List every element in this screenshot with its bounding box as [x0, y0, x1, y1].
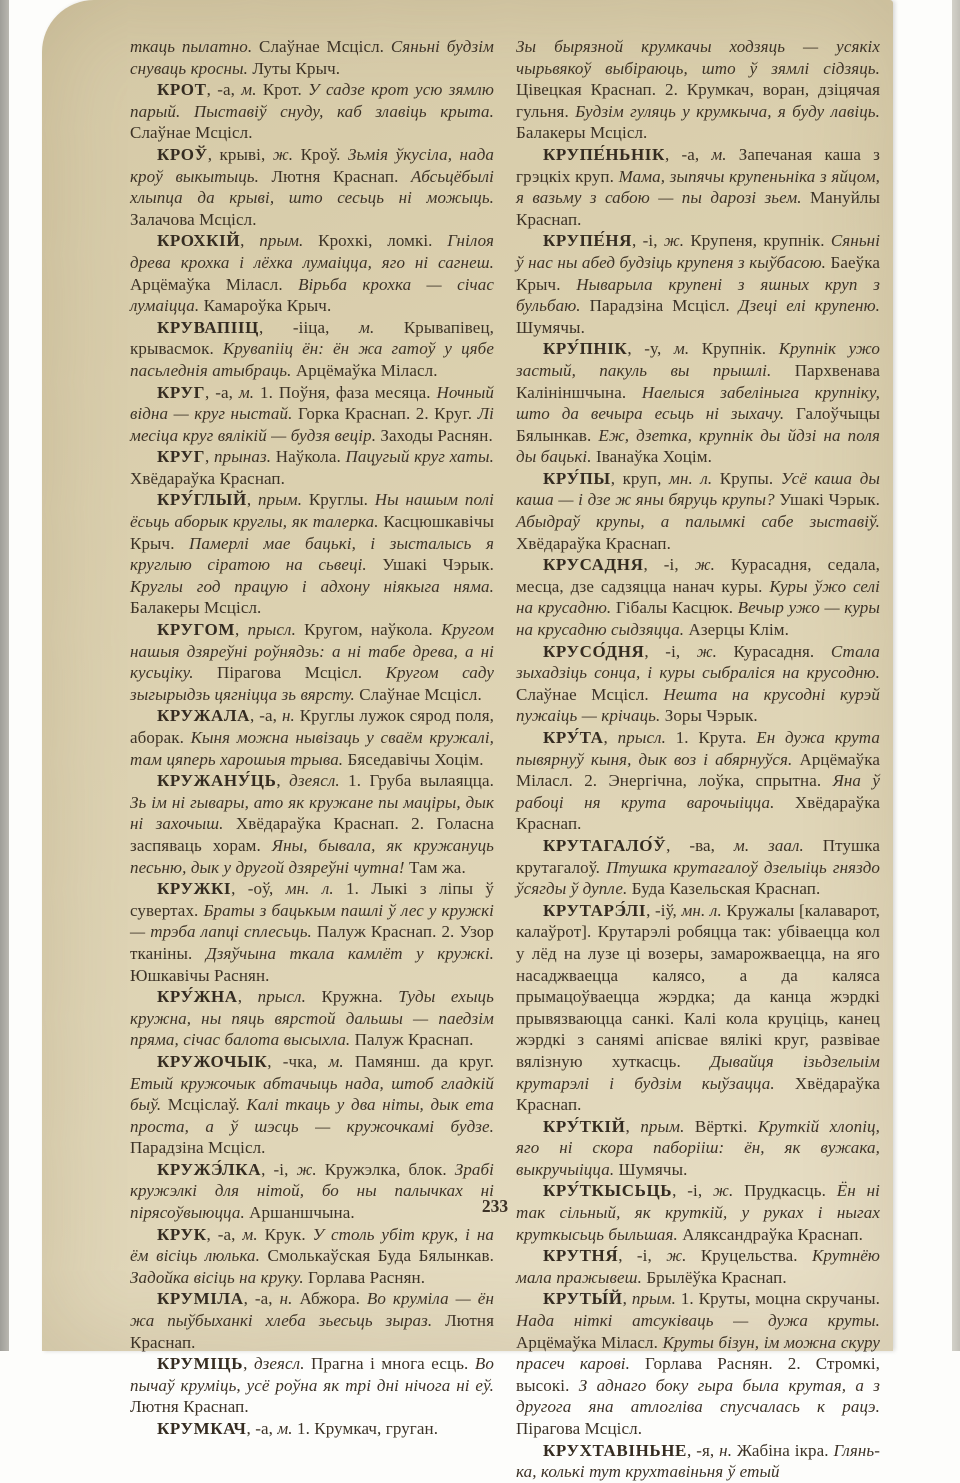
- text-column-left: ткаць пылатно. Слаўнае Мсцісл. Сяньні бу…: [130, 36, 494, 1351]
- entry-text: Вёрткі.: [684, 1117, 757, 1136]
- headword: КРУМІЛА: [157, 1289, 244, 1308]
- headword: КРУГ: [157, 447, 205, 466]
- entry-text: , -і,: [618, 1246, 666, 1265]
- entry-text: , -а,: [250, 706, 282, 725]
- example-text: Дзеці елі крупеню.: [739, 296, 880, 315]
- dictionary-entry: КРУ́ТКІЙ, прым. Вёрткі. Круткій хлопіц, …: [516, 1116, 880, 1181]
- example-text: дзеясл.: [289, 771, 340, 790]
- example-text: ж.: [666, 1246, 686, 1265]
- entry-text: , -і,: [643, 555, 694, 574]
- headword: КРУ́ЖНА: [157, 987, 238, 1006]
- headword: КРУЖАНУ́ЦЬ: [157, 771, 276, 790]
- entry-text: , -і,: [632, 231, 664, 250]
- entry-text: Арцёмаўка Міласл.: [130, 275, 298, 294]
- headword: КРУТНЯ́: [543, 1246, 618, 1265]
- example-text: прым.: [632, 1289, 676, 1308]
- headword: КРУСО́ДНЯ: [543, 642, 644, 661]
- entry-text: Смолькаўская Буда Бялынкав.: [268, 1246, 495, 1265]
- dictionary-entry: КРУТАГАЛО́Ў, -ва, м. заал. Птушка крутаг…: [516, 835, 880, 900]
- entry-text: Аляксандраўка Краснап.: [682, 1225, 863, 1244]
- headword: КРУ́ТКЫСЬЦЬ: [543, 1181, 672, 1200]
- entry-text: Балакеры Мсцісл.: [516, 123, 647, 142]
- example-text: прым.: [258, 490, 302, 509]
- dictionary-entry: КРУПЕ́НЬНІК, -а, м. Запечаная каша з грэ…: [516, 144, 880, 230]
- entry-text: Слаўнае Мсцісл.: [359, 685, 482, 704]
- dictionary-entry: КРУЖАНУ́ЦЬ, дзеясл. 1. Груба вылаяцца. З…: [130, 770, 494, 878]
- headword: КРУ́ПНІК: [543, 339, 627, 358]
- dictionary-entry: КРУЖЭ́ЛКА, -і, ж. Кружэлка, блок. Зрабі …: [130, 1159, 494, 1224]
- example-text: мн. л.: [669, 469, 712, 488]
- example-text: м.: [239, 383, 254, 402]
- example-text: Будзім гуляць у крумкыча, я буду лавіць.: [575, 102, 880, 121]
- entry-text: Там жа.: [409, 858, 466, 877]
- entry-text: Кружалы [калаварот, калаўрот]. Крутарэлі…: [516, 901, 880, 1071]
- example-text: Задойка вісіць на круку.: [130, 1268, 308, 1287]
- entry-text: ,: [235, 620, 248, 639]
- entry-text: , -а,: [244, 1289, 280, 1308]
- entry-text: Арцёмаўка Міласл.: [516, 1333, 663, 1351]
- page-number: 233: [462, 1196, 528, 1217]
- entry-text: Крот.: [257, 80, 309, 99]
- dictionary-entry: КРУТЫ́Й, прым. 1. Круты, моцна скручаны.…: [516, 1288, 880, 1351]
- headword: КРУГ: [157, 383, 205, 402]
- entry-text: ,: [276, 771, 289, 790]
- entry-text: , -у,: [627, 339, 674, 358]
- dictionary-entry: КРУ́ЖНА, прысл. Кружна. Туды ехыць кружн…: [130, 986, 494, 1051]
- entry-text: ,: [604, 728, 618, 747]
- entry-text: , -і,: [672, 1181, 713, 1200]
- dictionary-entry: КРУГ, -а, м. 1. Поўня, фаза месяца. Ночн…: [130, 382, 494, 447]
- entry-text: ,: [238, 987, 258, 1006]
- entry-text: Балакеры Мсцісл.: [130, 598, 261, 617]
- entry-text: Залачова Мсцісл.: [130, 210, 257, 229]
- headword: КРУПЕ́НЯ: [543, 231, 632, 250]
- example-text: ж.: [713, 1181, 733, 1200]
- example-text: м.: [242, 1225, 257, 1244]
- entry-text: Ушакі Чэрык.: [779, 490, 880, 509]
- entry-text: Азерцы Клім.: [688, 620, 789, 639]
- entry-continuation: ткаць пылатно. Слаўнае Мсцісл. Сяньні бу…: [130, 36, 494, 79]
- example-text: мн. л.: [681, 901, 721, 920]
- text-column-right: Зы бырязной крумкачы ходзяць — усякіх чы…: [516, 36, 880, 1351]
- entry-text: , крыві,: [208, 145, 273, 164]
- headword: КРУТАРЭ́ЛІ: [543, 901, 646, 920]
- entry-text: Іванаўка Хоцім.: [596, 447, 712, 466]
- entry-text: ,: [625, 1117, 640, 1136]
- headword: КРУГОМ: [157, 620, 235, 639]
- entry-text: Ушакі Чэрык.: [382, 555, 494, 574]
- example-text: н.: [280, 1289, 293, 1308]
- entry-text: Пірагова Мсцісл.: [217, 663, 386, 682]
- headword: КРУСАДНЯ: [543, 555, 643, 574]
- entry-text: Наўкола.: [271, 447, 345, 466]
- entry-text: Круглы.: [302, 490, 375, 509]
- example-text: прым.: [259, 231, 303, 250]
- entry-text: 1. Крута.: [666, 728, 756, 747]
- headword: КРУ́ТА: [543, 728, 604, 747]
- entry-text: 1. Круты, моцна скручаны.: [676, 1289, 880, 1308]
- headword: КРУЖЭ́ЛКА: [157, 1160, 261, 1179]
- dictionary-entry: КРУГОМ, прысл. Кругом, наўкола. Кругом н…: [130, 619, 494, 705]
- entry-text: Зоры Чэрык.: [665, 706, 758, 725]
- entry-text: , -ііца,: [259, 318, 359, 337]
- entry-text: Слаўнае Мсцісл.: [516, 685, 663, 704]
- headword: КРУК: [157, 1225, 207, 1244]
- entry-text: Прудкасць.: [733, 1181, 836, 1200]
- dictionary-entry: КРУ́ПНІК, -у, м. Крупнік. Крупнік ужо за…: [516, 338, 880, 468]
- entry-text: ,: [623, 1289, 632, 1308]
- entry-text: Парадзіна Мсцісл.: [130, 1138, 266, 1157]
- example-text: ж.: [697, 642, 717, 661]
- example-text: прысл.: [258, 987, 306, 1006]
- dictionary-entry: КРУЖОЧЫК, -чка, м. Памянш. да круг. Етый…: [130, 1051, 494, 1159]
- entry-text: 1. Груба вылаяцца.: [340, 771, 494, 790]
- example-text: ж.: [664, 231, 684, 250]
- book-page: ткаць пылатно. Слаўнае Мсцісл. Сяньні бу…: [42, 0, 893, 1351]
- entry-text: Бяседавічы Хоцім.: [348, 750, 484, 769]
- entry-text: Шумячы.: [516, 318, 585, 337]
- example-text: мн. л.: [286, 879, 334, 898]
- entry-text: Парадзіна Мсцісл.: [590, 296, 739, 315]
- entry-text: Буда Казельская Краснап.: [632, 879, 821, 898]
- headword: КРУТЫ́Й: [543, 1289, 623, 1308]
- dictionary-entry: КРУК, -а, м. Крук. У столь убіт крук, і …: [130, 1224, 494, 1289]
- example-text: ж.: [296, 1160, 316, 1179]
- example-text: м.: [674, 339, 689, 358]
- dictionary-entry: КРУГ, прыназ. Наўкола. Пацугый круг хаты…: [130, 446, 494, 489]
- entry-text: Заходы Раснян.: [380, 426, 492, 445]
- entry-text: ,: [247, 490, 258, 509]
- entry-text: Слаўнае Мсцісл.: [130, 123, 253, 142]
- entry-text: Мсціслаў.: [168, 1095, 247, 1114]
- entry-text: , -і,: [644, 642, 696, 661]
- example-text: м.: [328, 1052, 343, 1071]
- example-text: прыназ.: [214, 447, 271, 466]
- entry-text: Хвёдараўка Краснап.: [130, 469, 285, 488]
- entry-text: Луты Крыч.: [252, 59, 340, 78]
- headword: КРУ́ТКІЙ: [543, 1117, 625, 1136]
- headword: КРУЖАЛА: [157, 706, 250, 725]
- dictionary-entry: КРУ́ТКЫСЬЦЬ, -і, ж. Прудкасць. Ён ні так…: [516, 1180, 880, 1245]
- entry-text: , -а,: [207, 80, 242, 99]
- example-text: Дзяўчына ткала камлёт у кружкі.: [206, 944, 494, 963]
- entry-text: Кругом, наўкола.: [296, 620, 441, 639]
- example-text: ткаць пылатно.: [130, 37, 259, 56]
- example-text: Пацугый круг хаты.: [346, 447, 495, 466]
- entry-text: Камароўка Крыч.: [204, 296, 332, 315]
- example-text: м.: [711, 145, 726, 164]
- entry-text: , -чка,: [267, 1052, 328, 1071]
- dictionary-entry: КРУ́ПЫ, круп, мн. л. Крупы. Усё каша ды …: [516, 468, 880, 554]
- entry-text: Хвёдараўка Краснап.: [516, 534, 671, 553]
- example-text: м.: [359, 318, 374, 337]
- entry-text: Абжора.: [293, 1289, 367, 1308]
- dictionary-entry: КРУВАПІІЦ, -ііца, м. Крывапівец, крывасм…: [130, 317, 494, 382]
- entry-text: Арцёмаўка Міласл.: [296, 361, 438, 380]
- dictionary-entry: КРУ́ТА, прысл. 1. Крута. Ен дужа крута п…: [516, 727, 880, 835]
- dictionary-entry: КРУМІЛА, -а, н. Абжора. Во круміла — ён …: [130, 1288, 494, 1351]
- headword: КРУЖКІ: [157, 879, 231, 898]
- entry-text: 1. Поўня, фаза месяца.: [254, 383, 436, 402]
- entry-text: , -і,: [261, 1160, 296, 1179]
- entry-text: Крупы.: [712, 469, 781, 488]
- example-text: м.: [241, 80, 256, 99]
- example-text: м. заал.: [734, 836, 804, 855]
- example-text: Нада ніткі атсуківаць — дужа круты.: [516, 1311, 880, 1330]
- entry-text: Кружэлка, блок.: [317, 1160, 455, 1179]
- entry-text: Курасадня.: [717, 642, 831, 661]
- headword: КРУ́ПЫ: [543, 469, 611, 488]
- dictionary-entry: КРОХКІЙ, прым. Крохкі, ломкі. Гнілоя дре…: [130, 230, 494, 316]
- example-text: Круглы год працую і адхону ніякыга няма.: [130, 577, 494, 596]
- example-text: ж.: [695, 555, 715, 574]
- scanner-edge-left: [0, 0, 9, 1351]
- entry-text: Кроў.: [293, 145, 348, 164]
- entry-text: ,: [205, 447, 214, 466]
- example-text: прысл.: [248, 620, 296, 639]
- entry-text: Круцельства.: [686, 1246, 811, 1265]
- example-text: Зы бырязной крумкачы ходзяць — усякіх чы…: [516, 37, 880, 78]
- dictionary-entry: КРУСАДНЯ, -і, ж. Курасадня, седала, месц…: [516, 554, 880, 640]
- entry-text: Лютня Краснап.: [272, 167, 411, 186]
- dictionary-entry: КРУТНЯ́, -і, ж. Круцельства. Крутнёю мал…: [516, 1245, 880, 1288]
- headword: КРУТАГАЛО́Ў: [543, 836, 666, 855]
- entry-text: , -а,: [665, 145, 711, 164]
- entry-text: , -ва,: [666, 836, 734, 855]
- entry-text: Горка Краснап. 2. Круг.: [298, 404, 478, 423]
- entry-text: , -а,: [207, 1225, 243, 1244]
- entry-text: Юшкавічы Раснян.: [130, 966, 270, 985]
- dictionary-entry: КРУЖАЛА, -а, н. Круглы лужок сярод поля,…: [130, 705, 494, 770]
- entry-text: Аршаншчына.: [249, 1203, 355, 1222]
- headword: КРУЖОЧЫК: [157, 1052, 267, 1071]
- entry-text: , круп,: [611, 469, 669, 488]
- entry-text: Слаўнае Мсцісл.: [259, 37, 391, 56]
- dictionary-entry: КРУЖКІ, -оў, мн. л. 1. Лыкі з ліпы ў сув…: [130, 878, 494, 986]
- example-text: н.: [282, 706, 295, 725]
- dictionary-entry: КРОЎ, крыві, ж. Кроў. Зьмія ўкусіла, над…: [130, 144, 494, 230]
- dictionary-entry: КРУ́ГЛЫЙ, прым. Круглы. Ны нашым полі ёс…: [130, 489, 494, 619]
- entry-text: Крупнік.: [689, 339, 779, 358]
- entry-text: ,: [240, 231, 259, 250]
- example-text: Абыдраў крупы, а палымкі сабе зыставіў.: [516, 512, 880, 531]
- entry-text: , -іў,: [646, 901, 681, 920]
- entry-text: Горлава Раснян.: [308, 1268, 425, 1287]
- entry-text: Кружна.: [306, 987, 398, 1006]
- entry-text: , -оў,: [231, 879, 286, 898]
- dictionary-entry: КРУПЕ́НЯ, -і, ж. Крупеня, крупнік. Сяньн…: [516, 230, 880, 338]
- entry-text: Брылёўка Краснап.: [646, 1268, 786, 1287]
- entry-text: Крупеня, крупнік.: [684, 231, 831, 250]
- entry-continuation: Зы бырязной крумкачы ходзяць — усякіх чы…: [516, 36, 880, 144]
- dictionary-entry: КРОТ, -а, м. Крот. У садзе крот усю зямл…: [130, 79, 494, 144]
- example-text: ж.: [273, 145, 293, 164]
- dictionary-entry: КРУСО́ДНЯ, -і, ж. Курасадня. Стала зыхад…: [516, 641, 880, 727]
- headword: КРУПЕ́НЬНІК: [543, 145, 665, 164]
- example-text: прым.: [640, 1117, 684, 1136]
- entry-text: Крохкі, ломкі.: [303, 231, 447, 250]
- entry-text: Гібалы Касцюк.: [616, 598, 738, 617]
- headword: КРУ́ГЛЫЙ: [157, 490, 247, 509]
- entry-text: Памянш. да круг.: [344, 1052, 494, 1071]
- headword: КРОЎ: [157, 145, 208, 164]
- entry-text: Шумячы.: [619, 1160, 688, 1179]
- headword: КРУВАПІІЦ: [157, 318, 259, 337]
- headword: КРОТ: [157, 80, 207, 99]
- entry-text: , -а,: [205, 383, 239, 402]
- entry-text: Крук.: [258, 1225, 313, 1244]
- dictionary-entry: КРУТАРЭ́ЛІ, -іў, мн. л. Кружалы [калавар…: [516, 900, 880, 1116]
- entry-text: Палуж Краснап.: [355, 1030, 474, 1049]
- scanner-edge-right: [952, 0, 960, 1351]
- example-text: прысл.: [618, 728, 666, 747]
- headword: КРОХКІЙ: [157, 231, 240, 250]
